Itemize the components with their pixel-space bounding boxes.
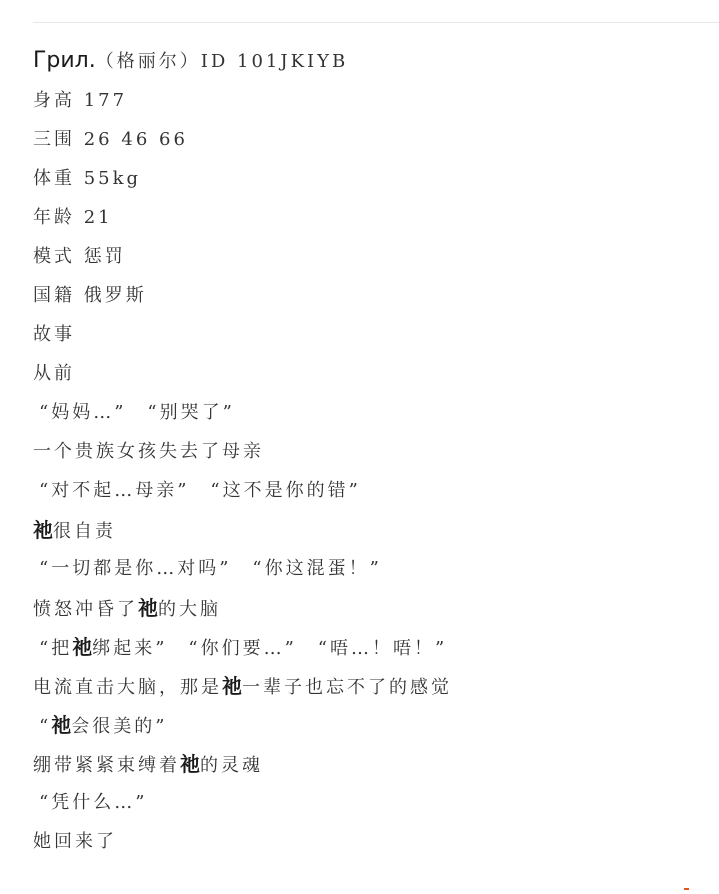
story-line: “妈妈…” “别哭了” <box>33 396 693 435</box>
emphasized-pronoun: 祂 <box>51 713 71 737</box>
profile-list: 身高 177三围 26 46 66体重 55kg年龄 21模式 惩罚国籍 俄罗斯 <box>33 84 693 318</box>
story-text-segment: 很自责 <box>53 521 116 542</box>
profile-value: 177 <box>84 90 127 111</box>
story-text-segment: “ <box>39 716 51 737</box>
profile-row: 三围 26 46 66 <box>33 123 693 162</box>
story-line: “把祂绑起来” “你们要…” “唔…！唔！” <box>33 630 693 669</box>
profile-value: 26 46 66 <box>84 129 188 150</box>
profile-label: 体重 <box>33 168 75 189</box>
story-line: 电流直击大脑，那是祂一辈子也忘不了的感觉 <box>33 669 693 708</box>
story-line: “一切都是你…对吗” “你这混蛋！” <box>33 552 693 591</box>
profile-row: 年龄 21 <box>33 201 693 240</box>
story-heading: 故事 <box>33 318 693 357</box>
profile-value: 55kg <box>84 168 141 189</box>
story-text-segment: 会很美的” <box>71 716 167 737</box>
story-line: 她回来了 <box>33 825 693 864</box>
profile-value: 21 <box>84 207 113 228</box>
story-text-segment: “妈妈…” “别哭了” <box>39 402 235 423</box>
story-line: “祂会很美的” <box>33 708 693 747</box>
story-text-segment: 的大脑 <box>158 599 221 620</box>
profile-row: 模式 惩罚 <box>33 240 693 279</box>
story-text-segment: 一个贵族女孩失去了母亲 <box>33 441 264 462</box>
profile-row: 体重 55kg <box>33 162 693 201</box>
story-line: 绷带紧紧束缚着祂的灵魂 <box>33 747 693 786</box>
story-text-segment: 绷带紧紧束缚着 <box>33 755 180 776</box>
top-divider <box>33 22 719 23</box>
story-text: 从前“妈妈…” “别哭了”一个贵族女孩失去了母亲“对不起…母亲” “这不是你的错… <box>33 357 693 864</box>
story-text-segment: “把 <box>39 638 72 659</box>
emphasized-pronoun: 祂 <box>33 518 53 542</box>
story-text-segment: 电流直击大脑，那是 <box>33 677 222 698</box>
story-text-segment: “对不起…母亲” “这不是你的错” <box>39 480 361 501</box>
profile-label: 国籍 <box>33 285 75 306</box>
story-line: 祂很自责 <box>33 513 693 552</box>
story-text-segment: 一辈子也忘不了的感觉 <box>242 677 452 698</box>
story-text-segment: 愤怒冲昏了 <box>33 599 138 620</box>
story-line: 从前 <box>33 357 693 396</box>
emphasized-pronoun: 祂 <box>180 752 200 776</box>
story-line: 一个贵族女孩失去了母亲 <box>33 435 693 474</box>
story-line: 愤怒冲昏了祂的大脑 <box>33 591 693 630</box>
profile-label: 身高 <box>33 90 75 111</box>
profile-row: 身高 177 <box>33 84 693 123</box>
story-line: “凭什么…” <box>33 786 693 825</box>
emphasized-pronoun: 祂 <box>138 596 158 620</box>
character-title: Грил.（格丽尔）ID 101JKIYB <box>33 44 693 84</box>
emphasized-pronoun: 祂 <box>222 674 242 698</box>
story-text-segment: “一切都是你…对吗” “你这混蛋！” <box>39 558 382 579</box>
story-text-segment: “凭什么…” <box>39 792 147 813</box>
character-name-russian: Грил. <box>33 48 96 73</box>
accent-mark <box>684 888 689 890</box>
story-text-segment: 绑起来” “你们要…” “唔…！唔！” <box>92 638 447 659</box>
story-line: “对不起…母亲” “这不是你的错” <box>33 474 693 513</box>
profile-label: 年龄 <box>33 207 75 228</box>
profile-value: 俄罗斯 <box>84 285 147 306</box>
story-text-segment: 从前 <box>33 363 75 384</box>
document-body: Грил.（格丽尔）ID 101JKIYB 身高 177三围 26 46 66体… <box>33 44 693 864</box>
profile-label: 三围 <box>33 129 75 150</box>
story-text-segment: 她回来了 <box>33 831 117 852</box>
emphasized-pronoun: 祂 <box>72 635 92 659</box>
profile-label: 模式 <box>33 246 75 267</box>
character-name-and-id: （格丽尔）ID 101JKIYB <box>96 51 349 72</box>
story-text-segment: 的灵魂 <box>200 755 263 776</box>
profile-value: 惩罚 <box>84 246 126 267</box>
profile-row: 国籍 俄罗斯 <box>33 279 693 318</box>
